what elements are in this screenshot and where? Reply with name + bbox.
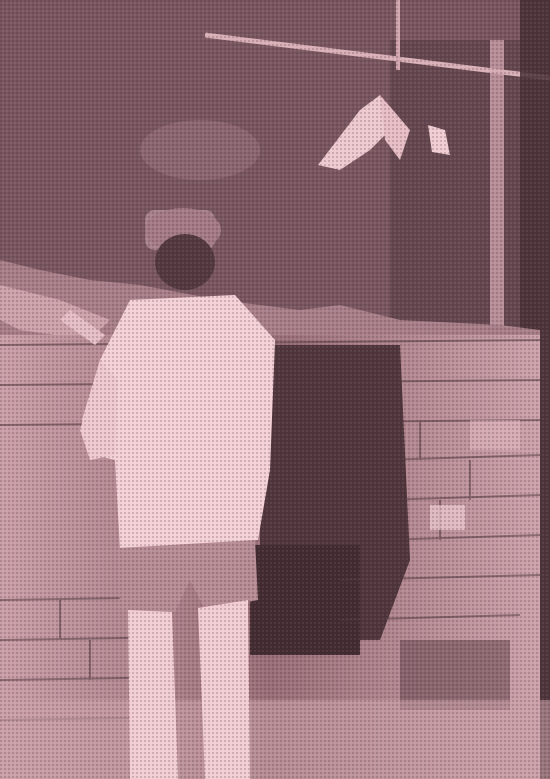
photograph [0, 0, 550, 779]
photo-illustration [0, 0, 550, 779]
